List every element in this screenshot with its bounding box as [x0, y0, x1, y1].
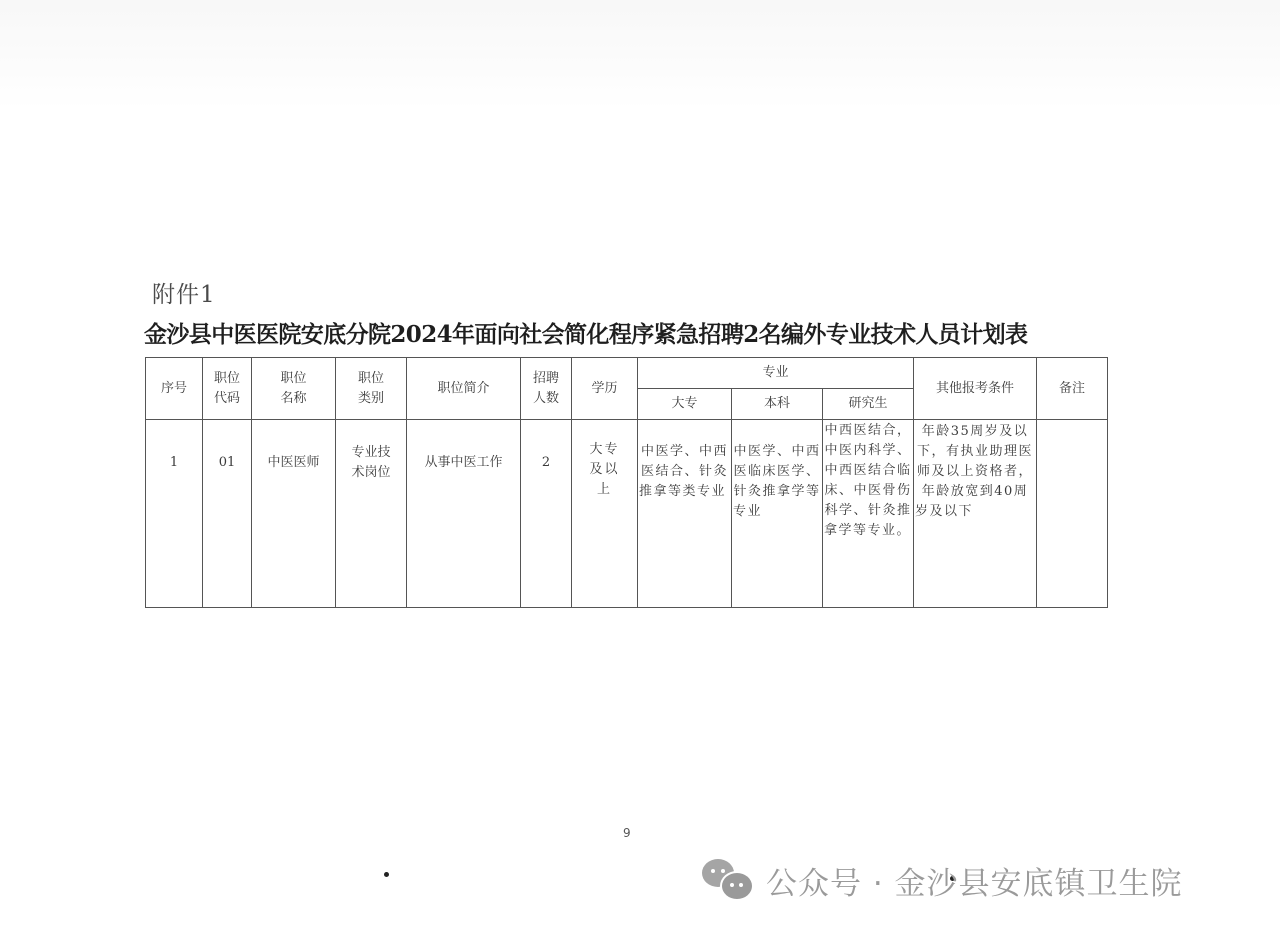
- page-title: 金沙县中医医院安底分院2024年面向社会简化程序紧急招聘2名编外专业技术人员计划…: [144, 316, 1027, 349]
- table-row: 1 01 中医医师 专业技术岗位 从事中医工作 2 大专及以上 中医学、中西医结…: [146, 420, 1108, 608]
- cell-education: 大专及以上: [572, 420, 638, 608]
- cell-major-dazhuan: 中医学、中西医结合、针灸推拿等类专业: [638, 420, 732, 608]
- header-major-dazhuan: 大专: [638, 389, 732, 420]
- scan-speck: [384, 872, 389, 877]
- wechat-bubble-small: [720, 871, 754, 901]
- header-type-line1: 职位: [336, 369, 406, 389]
- header-code-line1: 职位: [203, 369, 251, 389]
- header-major: 专业: [638, 358, 914, 389]
- cell-code: 01: [203, 420, 252, 608]
- cell-major-yanjiusheng: 中西医结合，中医内科学、中西医结合临床、中医骨伤科学、针灸推拿学等专业。: [823, 420, 914, 608]
- header-count-line2: 人数: [521, 389, 571, 409]
- header-code-line2: 代码: [203, 389, 251, 409]
- header-intro: 职位简介: [407, 358, 521, 420]
- header-row: 序号 职位 代码 职位 名称 职位 类别 职位简介 招聘 人数 学历 专业 其他…: [146, 358, 1108, 389]
- cell-major-benke: 中医学、中西医临床医学、针灸推拿学等专业: [732, 420, 823, 608]
- header-education: 学历: [572, 358, 638, 420]
- cell-intro: 从事中医工作: [407, 420, 521, 608]
- header-remark: 备注: [1037, 358, 1108, 420]
- watermark-text: 公众号 · 金沙县安底镇卫生院: [766, 858, 1183, 903]
- header-other-conditions: 其他报考条件: [914, 358, 1037, 420]
- cell-seq: 1: [146, 420, 203, 608]
- header-name: 职位 名称: [252, 358, 336, 420]
- cell-education-text: 大专及以上: [583, 440, 627, 500]
- header-name-line1: 职位: [252, 369, 335, 389]
- header-seq: 序号: [146, 358, 203, 420]
- header-type: 职位 类别: [336, 358, 407, 420]
- header-major-yanjiusheng: 研究生: [823, 389, 914, 420]
- header-type-line2: 类别: [336, 389, 406, 409]
- recruitment-plan-table: 序号 职位 代码 职位 名称 职位 类别 职位简介 招聘 人数 学历 专业 其他…: [145, 357, 1108, 608]
- cell-type: 专业技术岗位: [336, 420, 407, 608]
- cell-type-text: 专业技术岗位: [349, 443, 393, 483]
- wechat-icon: [700, 857, 756, 903]
- cell-other-conditions: 年龄35周岁及以下，有执业助理医师及以上资格者，年龄放宽到40周岁及以下: [914, 420, 1037, 608]
- cell-name: 中医医师: [252, 420, 336, 608]
- wechat-watermark: 公众号 · 金沙县安底镇卫生院: [700, 855, 1183, 905]
- page-number: 9: [623, 826, 631, 840]
- cell-count: 2: [521, 420, 572, 608]
- attachment-label: 附件1: [152, 276, 216, 309]
- header-count: 招聘 人数: [521, 358, 572, 420]
- cell-remark: [1037, 420, 1108, 608]
- scan-noise: [0, 0, 1280, 110]
- header-count-line1: 招聘: [521, 369, 571, 389]
- header-name-line2: 名称: [252, 389, 335, 409]
- header-code: 职位 代码: [203, 358, 252, 420]
- header-major-benke: 本科: [732, 389, 823, 420]
